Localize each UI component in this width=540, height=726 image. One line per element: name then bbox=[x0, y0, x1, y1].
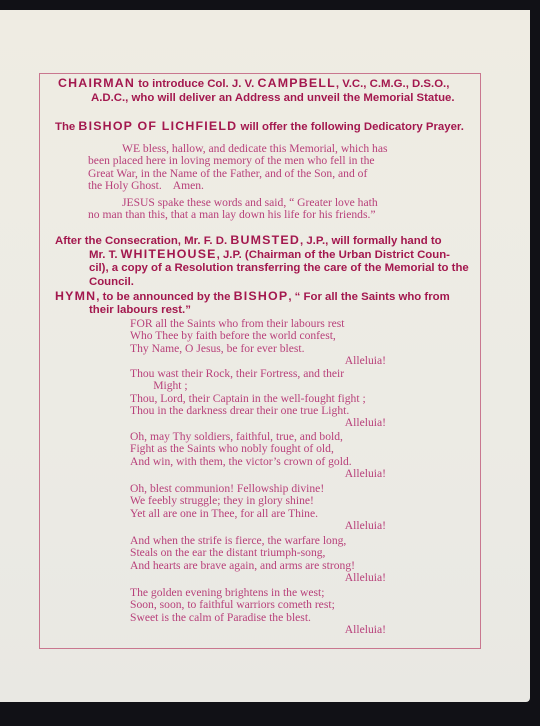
hymn-heading-line-2: their labours rest.” bbox=[89, 303, 191, 317]
bishop-heading: The BISHOP OF LICHFIELD will offer the f… bbox=[55, 119, 464, 134]
chairman-line-1: CHAIRMAN to introduce Col. J. V. CAMPBEL… bbox=[58, 76, 449, 91]
alleluia-refrain: Alleluia! bbox=[130, 468, 386, 480]
scripture-quote: JESUS spake these words and said, “ Grea… bbox=[88, 197, 378, 222]
consecration-line-4: Council. bbox=[89, 275, 134, 289]
hymn-verse-2: Thou wast their Rock, their Fortress, an… bbox=[130, 368, 386, 429]
whitehouse-name: WHITEHOUSE bbox=[121, 247, 217, 261]
hymn-verse-3: Oh, may Thy soldiers, faithful, true, an… bbox=[130, 431, 386, 480]
campbell-name: CAMPBELL bbox=[257, 76, 335, 90]
alleluia-refrain: Alleluia! bbox=[130, 572, 386, 584]
dedicatory-prayer: WE bless, hallow, and dedicate this Memo… bbox=[88, 143, 408, 192]
hymn-verse-6: The golden evening brightens in the west… bbox=[130, 587, 386, 636]
bishop-label: BISHOP bbox=[234, 289, 289, 303]
bishop-of-lichfield: BISHOP OF LICHFIELD bbox=[78, 119, 237, 133]
consecration-line-2: Mr. T. WHITEHOUSE, J.P. (Chairman of the… bbox=[89, 247, 450, 262]
hymn-verse-4: Oh, blest communion! Fellowship divine! … bbox=[130, 483, 386, 532]
alleluia-refrain: Alleluia! bbox=[130, 624, 386, 636]
chairman-line-2: A.D.C., who will deliver an Address and … bbox=[91, 91, 455, 105]
alleluia-refrain: Alleluia! bbox=[130, 355, 386, 367]
consecration-line-3: cil), a copy of a Resolution transferrin… bbox=[89, 261, 469, 275]
hymn-heading: HYMN, to be announced by the BISHOP, “ F… bbox=[55, 289, 450, 304]
hymn-label: HYMN bbox=[55, 289, 96, 303]
hymn-verse-5: And when the strife is fierce, the warfa… bbox=[130, 535, 386, 584]
alleluia-refrain: Alleluia! bbox=[130, 520, 386, 532]
hymn-verse-1: FOR all the Saints who from their labour… bbox=[130, 318, 386, 367]
chairman-title: CHAIRMAN bbox=[58, 76, 135, 90]
bumsted-name: BUMSTED bbox=[230, 233, 300, 247]
alleluia-refrain: Alleluia! bbox=[130, 417, 386, 429]
consecration-line-1: After the Consecration, Mr. F. D. BUMSTE… bbox=[55, 233, 442, 248]
